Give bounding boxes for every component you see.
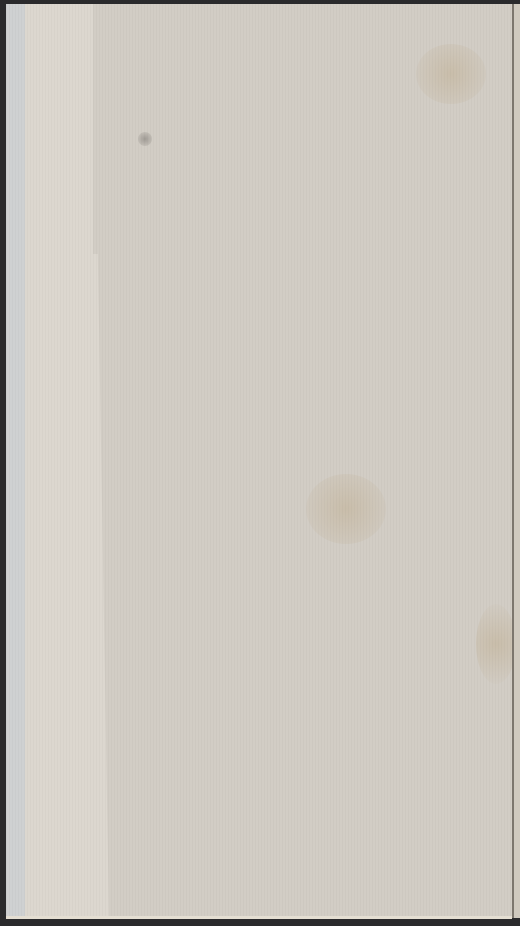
foxing-stain	[476, 604, 512, 684]
flyleaf-strip	[25, 4, 93, 918]
page-left-edge	[6, 4, 25, 918]
paper-main-area	[93, 4, 512, 918]
foxing-stain	[306, 474, 386, 544]
foxing-stain	[416, 44, 486, 104]
adjacent-page-edge	[512, 4, 520, 918]
page-bottom-edge	[6, 916, 512, 919]
ink-spot	[138, 132, 152, 146]
blank-page	[6, 4, 512, 918]
